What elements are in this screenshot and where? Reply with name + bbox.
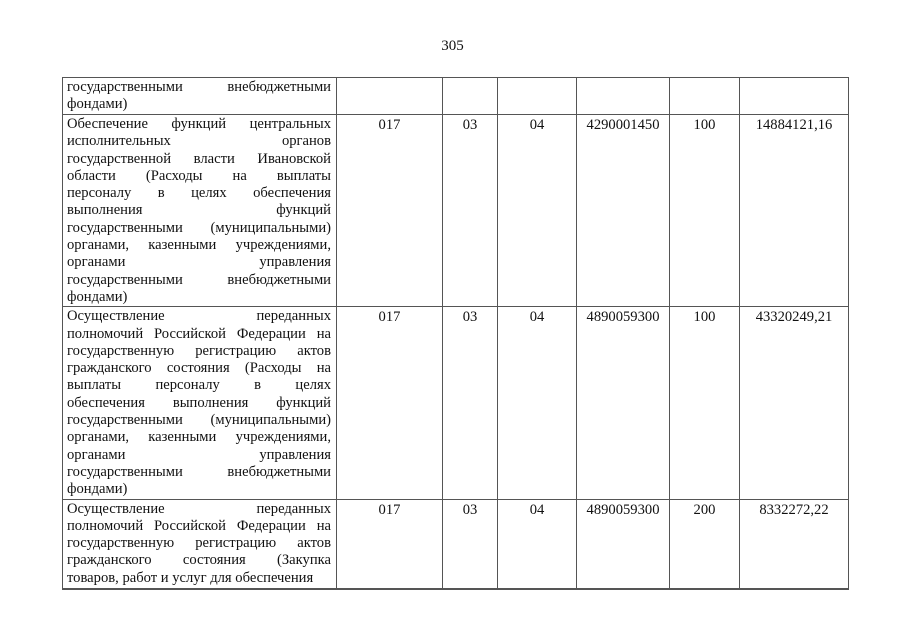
table-row: Обеспечение функций центральныхисполните… bbox=[63, 115, 849, 307]
subsection-code-cell: 04 bbox=[498, 307, 577, 499]
description-line: органами управления bbox=[67, 254, 331, 271]
table-row: государственными внебюджетнымифондами) bbox=[63, 78, 849, 115]
expense-type-cell bbox=[670, 78, 740, 115]
section-code-cell bbox=[443, 78, 498, 115]
description-line: органами, казенными учреждениями, bbox=[67, 237, 331, 254]
description-line: государственными внебюджетными bbox=[67, 464, 331, 481]
target-item-cell: 4890059300 bbox=[577, 307, 670, 499]
description-line: Осуществление переданных bbox=[67, 501, 331, 518]
description-line: государственными внебюджетными bbox=[67, 79, 331, 96]
ministry-code-cell: 017 bbox=[337, 115, 443, 307]
description-line: выплаты персоналу в целях bbox=[67, 377, 331, 394]
description-line: гражданского состояния (Закупка bbox=[67, 552, 331, 569]
section-code-cell: 03 bbox=[443, 499, 498, 589]
table-row: Осуществление переданныхполномочий Росси… bbox=[63, 307, 849, 499]
description-line: Обеспечение функций центральных bbox=[67, 116, 331, 133]
description-line: области (Расходы на выплаты bbox=[67, 168, 331, 185]
description-line: гражданского состояния (Расходы на bbox=[67, 360, 331, 377]
description-line: Осуществление переданных bbox=[67, 308, 331, 325]
expense-type-cell: 100 bbox=[670, 307, 740, 499]
description-line: полномочий Российской Федерации на bbox=[67, 326, 331, 343]
subsection-code-cell bbox=[498, 78, 577, 115]
description-line: полномочий Российской Федерации на bbox=[67, 518, 331, 535]
description-line: исполнительных органов bbox=[67, 133, 331, 150]
target-item-cell: 4890059300 bbox=[577, 499, 670, 589]
subsection-code-cell: 04 bbox=[498, 115, 577, 307]
description-line: государственными (муниципальными) bbox=[67, 412, 331, 429]
target-item-cell: 4290001450 bbox=[577, 115, 670, 307]
description-line: государственную регистрацию актов bbox=[67, 535, 331, 552]
ministry-code-cell: 017 bbox=[337, 307, 443, 499]
budget-table: государственными внебюджетнымифондами)Об… bbox=[62, 77, 849, 590]
description-line: фондами) bbox=[67, 481, 331, 498]
ministry-code-cell bbox=[337, 78, 443, 115]
target-item-cell bbox=[577, 78, 670, 115]
description-line: органами управления bbox=[67, 447, 331, 464]
description-line: государственную регистрацию актов bbox=[67, 343, 331, 360]
description-line: товаров, работ и услуг для обеспечения bbox=[67, 570, 331, 587]
expense-type-cell: 100 bbox=[670, 115, 740, 307]
description-line: органами, казенными учреждениями, bbox=[67, 429, 331, 446]
description-cell: Обеспечение функций центральныхисполните… bbox=[63, 115, 337, 307]
amount-cell: 14884121,16 bbox=[740, 115, 849, 307]
description-line: фондами) bbox=[67, 289, 331, 306]
section-code-cell: 03 bbox=[443, 115, 498, 307]
description-line: государственными (муниципальными) bbox=[67, 220, 331, 237]
description-line: государственными внебюджетными bbox=[67, 272, 331, 289]
description-cell: Осуществление переданныхполномочий Росси… bbox=[63, 307, 337, 499]
description-line: выполнения функций bbox=[67, 202, 331, 219]
description-cell: Осуществление переданныхполномочий Росси… bbox=[63, 499, 337, 589]
section-code-cell: 03 bbox=[443, 307, 498, 499]
description-line: персоналу в целях обеспечения bbox=[67, 185, 331, 202]
amount-cell: 43320249,21 bbox=[740, 307, 849, 499]
page-number: 305 bbox=[0, 38, 905, 55]
description-line: фондами) bbox=[67, 96, 331, 113]
amount-cell: 8332272,22 bbox=[740, 499, 849, 589]
description-line: обеспечения выполнения функций bbox=[67, 395, 331, 412]
description-line: государственной власти Ивановской bbox=[67, 151, 331, 168]
amount-cell bbox=[740, 78, 849, 115]
expense-type-cell: 200 bbox=[670, 499, 740, 589]
ministry-code-cell: 017 bbox=[337, 499, 443, 589]
description-cell: государственными внебюджетнымифондами) bbox=[63, 78, 337, 115]
subsection-code-cell: 04 bbox=[498, 499, 577, 589]
table-row: Осуществление переданныхполномочий Росси… bbox=[63, 499, 849, 589]
